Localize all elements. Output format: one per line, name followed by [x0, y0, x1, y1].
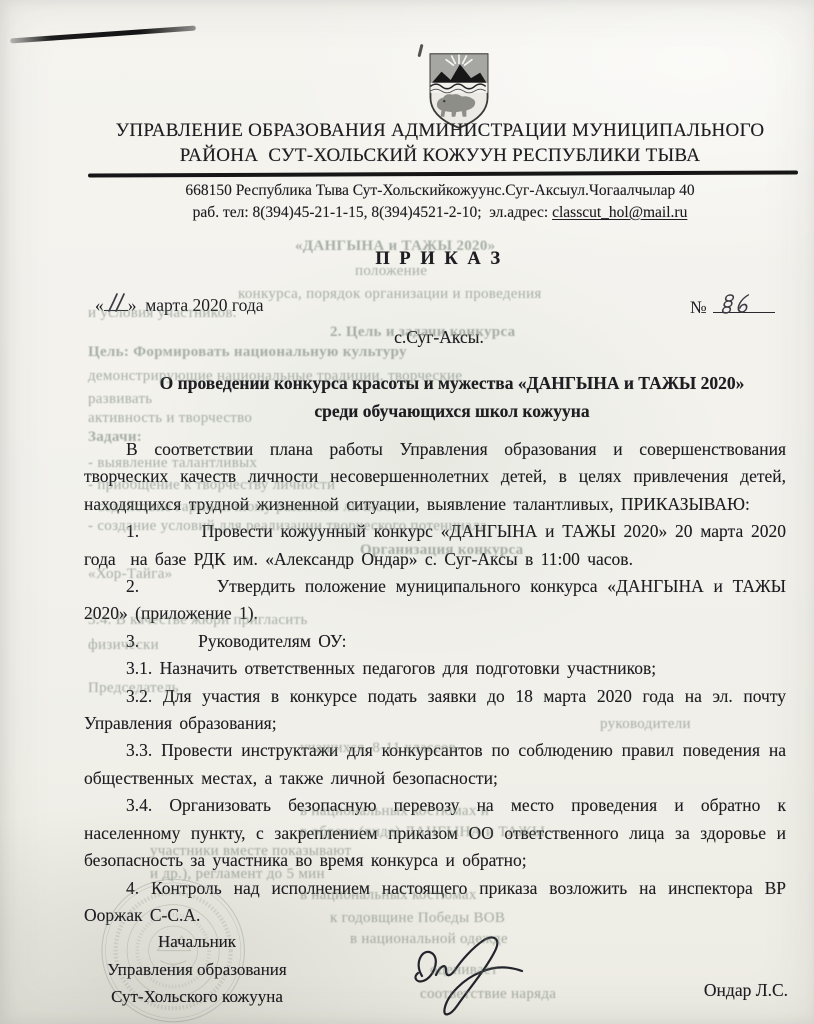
- bleed-through-text: в национальной одежде: [350, 931, 508, 948]
- org-header: УПРАВЛЕНИЕ ОБРАЗОВАНИЯ АДМИНИСТРАЦИИ МУН…: [84, 118, 796, 168]
- bleed-through-text: положение: [355, 263, 427, 280]
- order-number: №: [690, 292, 775, 318]
- bleed-through-text: Цель: Формировать национальную культуру: [88, 344, 407, 361]
- bleed-through-text: Организация конкурса: [360, 542, 524, 559]
- bleed-through-text: 3.4. В качестве жюри пригласить: [88, 612, 308, 629]
- bleed-through-text: Задачи:: [88, 429, 142, 446]
- bleed-through-text: и условия участников.: [88, 305, 237, 322]
- signatory-position: Начальник Управления образования Сут-Хол…: [88, 928, 306, 1011]
- org-address: 668150 Республика Тыва Сут-Хольскийкожуу…: [84, 180, 796, 202]
- number-sign: №: [690, 297, 707, 317]
- bleed-through-text: - выявление талантливых: [88, 455, 257, 472]
- bleed-through-text: в образе (виде) ДАНГЫНА и ТАЖЫ: [300, 824, 545, 841]
- email-address: classcut_hol@mail.ru: [552, 204, 687, 221]
- bleed-through-text: конкурса, порядок организации и проведен…: [238, 286, 542, 303]
- bleed-through-text: «Хор-Тайга»: [88, 566, 172, 583]
- handwritten-number: [713, 292, 775, 313]
- bleed-through-text: демонстрирующие национальные традиции, т…: [88, 368, 462, 385]
- bleed-through-text: в национальных костюмах: [300, 887, 477, 904]
- bleed-through-text: физически: [88, 637, 159, 654]
- bleed-through-text: руководители: [600, 716, 691, 733]
- bleed-through-text: - создание условий для реализации творче…: [88, 518, 487, 535]
- bleed-through-text: 2. Цель и задачи конкурса: [330, 324, 515, 341]
- bleed-through-text: в национальных костюмах и: [300, 803, 489, 820]
- signatory-name: Ондар Л.С.: [704, 980, 788, 1001]
- contact-block: 668150 Республика Тыва Сут-Хольскийкожуу…: [84, 180, 796, 223]
- bleed-through-text: соответствие наряда: [420, 986, 556, 1003]
- bleed-through-text: участники вместе показывают: [150, 843, 351, 860]
- position-line-1: Начальник: [88, 928, 306, 956]
- bleed-through-text: - содействие гармоничному развитию лично…: [88, 499, 406, 516]
- org-phone-line: раб. тел: 8(394)45-21-1-15, 8(394)4521-2…: [84, 202, 796, 224]
- body-paragraph: 3.1. Назначить ответственных педагогов д…: [84, 655, 786, 682]
- bleed-through-text: развивать: [88, 391, 152, 408]
- phone-numbers: раб. тел: 8(394)45-21-1-15, 8(394)4521-2…: [193, 204, 552, 221]
- bleed-through-text: учащихся, 8-11 классов: [300, 740, 456, 757]
- pen-scan-mark: [10, 26, 196, 44]
- bleed-through-text: оценивает: [430, 962, 498, 979]
- org-name-line2: РАЙОНА СУТ-ХОЛЬСКИЙ КОЖУУН РЕСПУБЛИКИ ТЫ…: [84, 143, 796, 168]
- small-scan-mark: [417, 44, 423, 57]
- position-line-3: Сут-Хольского кожууна: [88, 983, 306, 1011]
- bleed-through-text: и др.), регламент до 5 мин: [150, 866, 325, 883]
- page: УПРАВЛЕНИЕ ОБРАЗОВАНИЯ АДМИНИСТРАЦИИ МУН…: [0, 0, 814, 1024]
- position-line-2: Управления образования: [88, 956, 306, 984]
- bleed-through-text: - приобщение к творчеству личности: [88, 477, 335, 494]
- bleed-through-text: активность и творчество: [88, 410, 252, 427]
- bleed-through-text: Председатель: [88, 680, 179, 697]
- body-paragraph: 3. Руководителям ОУ:: [84, 628, 786, 655]
- org-name-line1: УПРАВЛЕНИЕ ОБРАЗОВАНИЯ АДМИНИСТРАЦИИ МУН…: [84, 118, 796, 143]
- bleed-through-text: к годовщине Победы ВОВ: [330, 910, 505, 927]
- bleed-through-text: «ДАНГЫНА и ТАЖЫ 2020»: [295, 238, 495, 255]
- header-divider: [88, 170, 798, 177]
